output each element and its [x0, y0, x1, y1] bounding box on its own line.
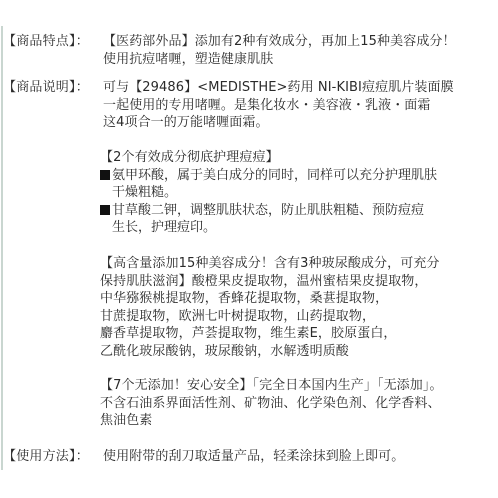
additive-free-line-1: 【7个无添加！安心安全】「完全日本国内生产」「无添加」。 [100, 377, 495, 395]
beauty-ingredients-line-4: 甘蔗提取物，欧洲七叶树提取物，山药提取物， [100, 308, 495, 326]
usage-content: 使用附带的刮刀取适量产品，轻柔涂抹到脸上即可。 [103, 448, 495, 466]
description-line-1: 可与【29486】<MEDISTHE>药用 NI-KIBI痘痘肌片装面膜 [103, 79, 495, 97]
active-ingredient-item-2: 甘草酸二钾，调整肌肤状态，防止肌肤粗糙、预防痘痘 [100, 202, 495, 220]
active-ingredient-item-1: 氨甲环酸，属于美白成分的同时，同样可以充分护理肌肤 [100, 167, 495, 185]
usage-line-1: 使用附带的刮刀取适量产品，轻柔涂抹到脸上即可。 [103, 448, 495, 466]
beauty-ingredients-line-3: 中华猕猴桃提取物，香蜂花提取物，桑葚提取物， [100, 290, 495, 308]
active-ingredient-2-line-1: 甘草酸二钾，调整肌肤状态，防止肌肤粗糙、预防痘痘 [112, 203, 424, 218]
description-label: 【商品说明】： [3, 79, 89, 97]
features-line-2: 使用抗痘啫喱，塑造健康肌肤 [103, 51, 495, 69]
features-label: 【商品特点】： [3, 33, 89, 51]
section-active-ingredients: 【2个有效成分彻底护理痘痘】 氨甲环酸，属于美白成分的同时，同样可以充分护理肌肤… [100, 149, 495, 237]
description-line-2: 一起使用的专用啫喱。是集化妆水・美容液・乳液・面霜 [103, 97, 495, 115]
usage-label: 【使用方法】： [3, 448, 89, 466]
active-ingredient-1-line-1: 氨甲环酸，属于美白成分的同时，同样可以充分护理肌肤 [112, 168, 437, 183]
active-ingredient-2-line-2: 生长，护理痘印。 [100, 219, 495, 237]
beauty-ingredients-line-6: 乙酰化玻尿酸钠，玻尿酸钠，水解透明质酸 [100, 343, 495, 361]
features-line-1: 【医药部外品】添加有2种有效成分，再加上15种美容成分！ [103, 33, 495, 51]
beauty-ingredients-line-5: 麝香草提取物，芦荟提取物，维生素E，胶原蛋白， [100, 325, 495, 343]
section-beauty-ingredients: 【高含量添加15种美容成分！含有3种玻尿酸成分，可充分 保持肌肤滋润】酸橙果皮提… [100, 255, 495, 360]
description-content: 可与【29486】<MEDISTHE>药用 NI-KIBI痘痘肌片装面膜 一起使… [103, 79, 495, 132]
features-content: 【医药部外品】添加有2种有效成分，再加上15种美容成分！ 使用抗痘啫喱，塑造健康… [103, 33, 495, 68]
description-line-3: 这4项合一的万能啫喱面霜。 [103, 114, 495, 132]
additive-free-line-3: 焦油色素 [100, 412, 495, 430]
black-square-bullet-icon [100, 170, 110, 180]
black-square-bullet-icon [100, 205, 110, 215]
beauty-ingredients-line-1: 【高含量添加15种美容成分！含有3种玻尿酸成分，可充分 [100, 255, 495, 273]
beauty-ingredients-line-2: 保持肌肤滋润】酸橙果皮提取物，温州蜜桔果皮提取物， [100, 273, 495, 291]
additive-free-line-2: 不含石油系界面活性剂、矿物油、化学染色剂、化学香料、 [100, 395, 495, 413]
active-ingredient-1-line-2: 干燥粗糙。 [100, 184, 495, 202]
active-ingredients-heading: 【2个有效成分彻底护理痘痘】 [100, 149, 495, 167]
section-additive-free: 【7个无添加！安心安全】「完全日本国内生产」「无添加」。 不含石油系界面活性剂、… [100, 377, 495, 430]
